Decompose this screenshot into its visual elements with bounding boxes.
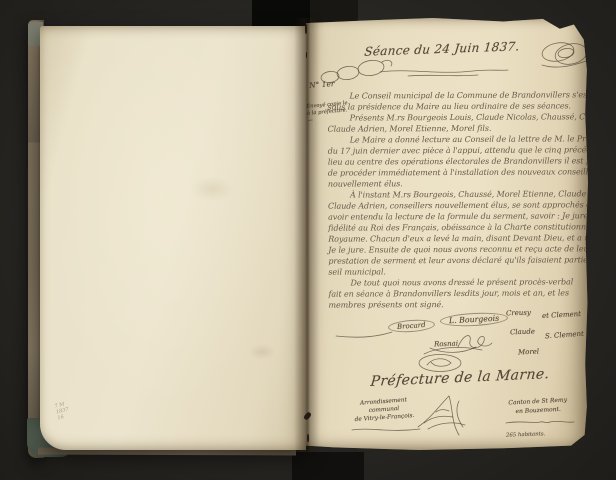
deliberation-text: Le Conseil municipal de la Commune de Br… <box>327 89 580 310</box>
session-title: Séance du 24 Juin 1837. <box>339 38 544 59</box>
signature-claude: Claude <box>510 328 535 337</box>
manuscript-line: Présents M.rs Bourgeois Louis, Claude Ni… <box>328 111 580 123</box>
binding-stitch <box>305 24 307 34</box>
signature-bourgeois: L. Bourgeois <box>440 311 509 328</box>
paragraph-lecture: Le Maire a donné lecture au Conseil de l… <box>328 133 580 189</box>
left-page: 7 M 1837 16 <box>40 26 306 450</box>
book-spine-bottom <box>292 452 364 480</box>
signature-s-clement: S. Clement <box>545 330 584 341</box>
photo-background: 7 M 1837 16 Séance du 24 Juin 1837. N° 1… <box>0 0 616 480</box>
binding-stitch <box>306 52 307 58</box>
signature-et-clement: et Clement <box>542 310 581 320</box>
manuscript-line: de procéder immédiatement à l'installati… <box>328 166 580 178</box>
pencil-note: 7 M 1837 16 <box>54 401 71 422</box>
canton-underline-flourish <box>504 418 576 426</box>
signature-creusy: Creusy <box>506 309 531 318</box>
population-note: 265 habitants. <box>506 431 546 438</box>
right-page: Séance du 24 Juin 1837. N° 1er Envoyé co… <box>306 18 588 450</box>
paragraph-opening: Le Conseil municipal de la Commune de Br… <box>327 89 579 134</box>
margin-number: N° 1er <box>309 79 335 90</box>
arrondissement-underline-flourish <box>350 426 422 434</box>
signature-brocard: Brocard <box>388 318 435 333</box>
prefecture-title: Préfecture de la Marne. <box>367 366 552 390</box>
manuscript-line: prestation de serment et leur avons décl… <box>328 254 580 266</box>
signature-morel: Morel <box>518 348 539 357</box>
header-flourish-right <box>536 34 594 76</box>
book-spine-top-shadow <box>310 0 358 22</box>
paragraph-serment: À l'instant M.rs Bourgeois, Chaussé, Mor… <box>328 188 580 277</box>
signature-tail-flourish <box>334 330 394 340</box>
title-underline-flourish <box>378 66 510 78</box>
paragraph-cloture: De tout quoi nous avons dressé le présen… <box>328 276 580 310</box>
manuscript-line: fait en séance à Brandonvillers lesdits … <box>328 287 580 299</box>
paper-stain <box>248 344 276 360</box>
manuscript-line: membres présents ont signé. <box>329 298 581 310</box>
canton-block: Canton de St Remy en Bouzemont. <box>490 395 587 417</box>
paper-stain <box>190 176 234 202</box>
binding-stitch <box>307 434 309 442</box>
